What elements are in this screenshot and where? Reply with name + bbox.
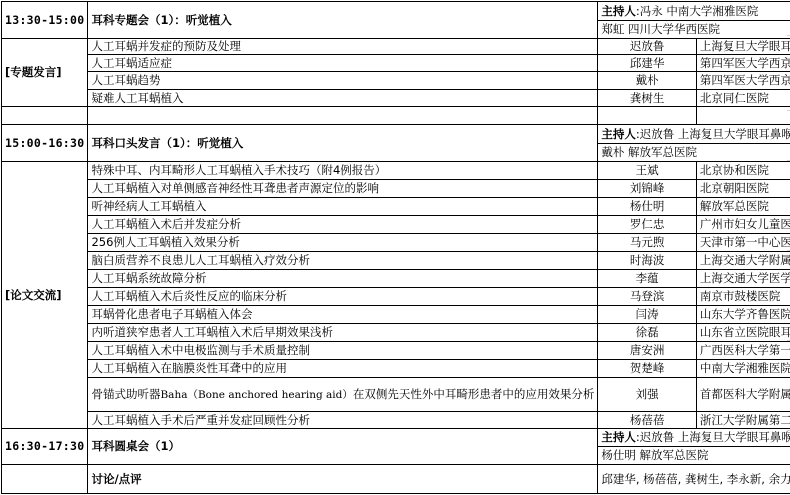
talk-affiliation: 山东大学齐鲁医院 <box>696 306 790 324</box>
table-row: 人工耳蜗植入在脑膜炎性耳聋中的应用 贺楚峰 中南大学湘雅医院耳鼻咽喉头颈外科 <box>2 360 790 378</box>
session-time: 13:30-15:00 <box>2 2 88 39</box>
section-label: [专题发言] <box>2 39 88 107</box>
table-row: 人工耳蜗趋势 戴朴 第四军医大学西京医院 <box>2 72 790 90</box>
talk-speaker: 贺楚峰 <box>598 360 697 378</box>
table-row: [论文交流] 特殊中耳、内耳畸形人工耳蜗植入手术技巧（附4例报告） 王斌 北京协… <box>2 162 790 180</box>
talk-affiliation: 浙江大学附属第二医院 <box>696 412 790 429</box>
talk-affiliation: 中南大学湘雅医院耳鼻咽喉头颈外科 <box>696 360 790 378</box>
host-label: 主持人 <box>601 430 636 444</box>
talk-affiliation: 上海交通大学附属第六人民医院 <box>696 252 790 270</box>
talk-speaker: 马元煦 <box>598 234 697 252</box>
table-row: 人工耳蜗植入术中电极监测与手术质量控制 唐安洲 广西医科大学第一附属医院 <box>2 342 790 360</box>
talk-speaker: 邱建华 <box>598 55 697 72</box>
table-row: 人工耳蜗植入对单侧感音神经性耳聋患者声源定位的影响 刘锦峰 北京朝阳医院 <box>2 180 790 198</box>
talk-speaker: 徐磊 <box>598 324 697 342</box>
host-name: :迟放鲁 上海复旦大学眼耳鼻喉科医院 <box>636 430 790 444</box>
table-row: 人工耳蜗系统故障分析 李蕴 上海交通大学医学院附属新华医院 <box>2 270 790 288</box>
talk-title: 人工耳蜗植入在脑膜炎性耳聋中的应用 <box>88 360 598 378</box>
schedule-table: 13:30-15:00 耳科专题会（1）：听觉植入 主持人:冯永 中南大学湘雅医… <box>1 1 790 494</box>
table-row: 疑难人工耳蜗植入 龚树生 北京同仁医院 <box>2 90 790 107</box>
host-label: 主持人 <box>601 4 636 18</box>
talk-speaker: 龚树生 <box>598 90 697 107</box>
session-time: 15:00-16:30 <box>2 125 88 162</box>
host-name: :迟放鲁 上海复旦大学眼耳鼻喉科医院 <box>636 127 790 141</box>
table-row: 耳蜗骨化患者电子耳蜗植入体会 闫涛 山东大学齐鲁医院 <box>2 306 790 324</box>
section-label: [论文交流] <box>2 162 88 429</box>
talk-title: 人工耳蜗系统故障分析 <box>88 270 598 288</box>
talk-affiliation: 广西医科大学第一附属医院 <box>696 342 790 360</box>
talk-title: 内听道狭窄患者人工耳蜗植入术后早期效果浅析 <box>88 324 598 342</box>
talk-speaker: 杨蓓蓓 <box>598 412 697 429</box>
table-row: 人工耳蜗适应症 邱建华 第四军医大学西京医院 <box>2 55 790 72</box>
talk-title: 耳蜗骨化患者电子耳蜗植入体会 <box>88 306 598 324</box>
talk-affiliation: 广州市妇女儿童医疗中心 <box>696 216 790 234</box>
host-line-2: 杨仕明 解放军总医院 <box>598 447 790 465</box>
talk-affiliation: 南京市鼓楼医院 <box>696 288 790 306</box>
talk-title: 人工耳蜗并发症的预防及处理 <box>88 39 598 55</box>
talk-affiliation: 上海交通大学医学院附属新华医院 <box>696 270 790 288</box>
talk-speaker: 迟放鲁 <box>598 39 697 55</box>
talk-speaker: 刘锦峰 <box>598 180 697 198</box>
talk-title: 人工耳蜗趋势 <box>88 72 598 90</box>
talk-affiliation: 上海复旦大学眼耳鼻喉科医院 <box>696 39 790 55</box>
table-row: 人工耳蜗植入术后炎性反应的临床分析 马登滨 南京市鼓楼医院 <box>2 288 790 306</box>
spacer-row <box>2 107 790 125</box>
table-row: 人工耳蜗植入术后并发症分析 罗仁忠 广州市妇女儿童医疗中心 <box>2 216 790 234</box>
talk-title: 骨锚式助听器Baha（Bone anchored hearing aid）在双侧… <box>88 378 598 412</box>
talk-speaker: 王斌 <box>598 162 697 180</box>
talk-affiliation: 解放军总医院 <box>696 198 790 216</box>
talk-speaker: 唐安洲 <box>598 342 697 360</box>
host-line-2: 戴朴 解放军总医院 <box>598 144 790 162</box>
talk-speaker: 闫涛 <box>598 306 697 324</box>
talk-affiliation: 第四军医大学西京医院 <box>696 72 790 90</box>
table-row: [专题发言] 人工耳蜗并发症的预防及处理 迟放鲁 上海复旦大学眼耳鼻喉科医院 <box>2 39 790 55</box>
discussants-list: 邱建华, 杨蓓蓓, 龚树生, 李永新, 余力生, 张道行, 唐安洲, 戴朴 <box>598 465 790 494</box>
session-header-row: 16:30-17:30 耳科圆桌会（1） 主持人:迟放鲁 上海复旦大学眼耳鼻喉科… <box>2 429 790 447</box>
session-header-row: 13:30-15:00 耳科专题会（1）：听觉植入 主持人:冯永 中南大学湘雅医… <box>2 2 790 21</box>
talk-title: 人工耳蜗适应症 <box>88 55 598 72</box>
talk-speaker: 刘强 <box>598 378 697 412</box>
talk-title: 听神经病人工耳蜗植入 <box>88 198 598 216</box>
table-row: 内听道狭窄患者人工耳蜗植入术后早期效果浅析 徐磊 山东省立医院眼耳鼻喉医院 <box>2 324 790 342</box>
talk-title: 人工耳蜗植入术后并发症分析 <box>88 216 598 234</box>
talk-title: 人工耳蜗植入手术后严重并发症回顾性分析 <box>88 412 598 429</box>
table-row: 骨锚式助听器Baha（Bone anchored hearing aid）在双侧… <box>2 378 790 412</box>
session-title: 耳科专题会（1）：听觉植入 <box>88 2 598 39</box>
talk-title: 疑难人工耳蜗植入 <box>88 90 598 107</box>
table-row: 人工耳蜗植入手术后严重并发症回顾性分析 杨蓓蓓 浙江大学附属第二医院 <box>2 412 790 429</box>
talk-title: 特殊中耳、内耳畸形人工耳蜗植入手术技巧（附4例报告） <box>88 162 598 180</box>
talk-speaker: 戴朴 <box>598 72 697 90</box>
discussion-row: 讨论/点评 邱建华, 杨蓓蓓, 龚树生, 李永新, 余力生, 张道行, 唐安洲,… <box>2 465 790 494</box>
session-header-row: 15:00-16:30 耳科口头发言（1）：听觉植入 主持人:迟放鲁 上海复旦大… <box>2 125 790 144</box>
host-line-1: 主持人:迟放鲁 上海复旦大学眼耳鼻喉科医院 <box>598 429 790 447</box>
host-line-2: 郑虹 四川大学华西医院 <box>598 21 790 39</box>
talk-affiliation: 北京朝阳医院 <box>696 180 790 198</box>
discussion-label: 讨论/点评 <box>88 465 598 494</box>
talk-affiliation: 北京协和医院 <box>696 162 790 180</box>
talk-speaker: 杨仕明 <box>598 198 697 216</box>
table-row: 脑白质营养不良患儿人工耳蜗植入疗效分析 时海波 上海交通大学附属第六人民医院 <box>2 252 790 270</box>
talk-speaker: 李蕴 <box>598 270 697 288</box>
talk-title: 人工耳蜗植入术中电极监测与手术质量控制 <box>88 342 598 360</box>
talk-speaker: 罗仁忠 <box>598 216 697 234</box>
talk-title: 脑白质营养不良患儿人工耳蜗植入疗效分析 <box>88 252 598 270</box>
talk-affiliation: 山东省立医院眼耳鼻喉医院 <box>696 324 790 342</box>
host-line-1: 主持人:迟放鲁 上海复旦大学眼耳鼻喉科医院 <box>598 125 790 144</box>
talk-speaker: 马登滨 <box>598 288 697 306</box>
talk-affiliation: 天津市第一中心医院 <box>696 234 790 252</box>
talk-affiliation: 北京同仁医院 <box>696 90 790 107</box>
session-title: 耳科口头发言（1）：听觉植入 <box>88 125 598 162</box>
session-title: 耳科圆桌会（1） <box>88 429 598 465</box>
talk-title: 256例人工耳蜗植入效果分析 <box>88 234 598 252</box>
session-time: 16:30-17:30 <box>2 429 88 465</box>
host-label: 主持人 <box>601 127 636 141</box>
talk-title: 人工耳蜗植入术后炎性反应的临床分析 <box>88 288 598 306</box>
talk-speaker: 时海波 <box>598 252 697 270</box>
table-row: 听神经病人工耳蜗植入 杨仕明 解放军总医院 <box>2 198 790 216</box>
talk-affiliation: 第四军医大学西京医院 <box>696 55 790 72</box>
talk-affiliation: 首都医科大学附属北京同仁医院 <box>696 378 790 412</box>
host-name: :冯永 中南大学湘雅医院 <box>636 4 759 18</box>
table-row: 256例人工耳蜗植入效果分析 马元煦 天津市第一中心医院 <box>2 234 790 252</box>
host-line-1: 主持人:冯永 中南大学湘雅医院 <box>598 2 790 21</box>
talk-title: 人工耳蜗植入对单侧感音神经性耳聋患者声源定位的影响 <box>88 180 598 198</box>
